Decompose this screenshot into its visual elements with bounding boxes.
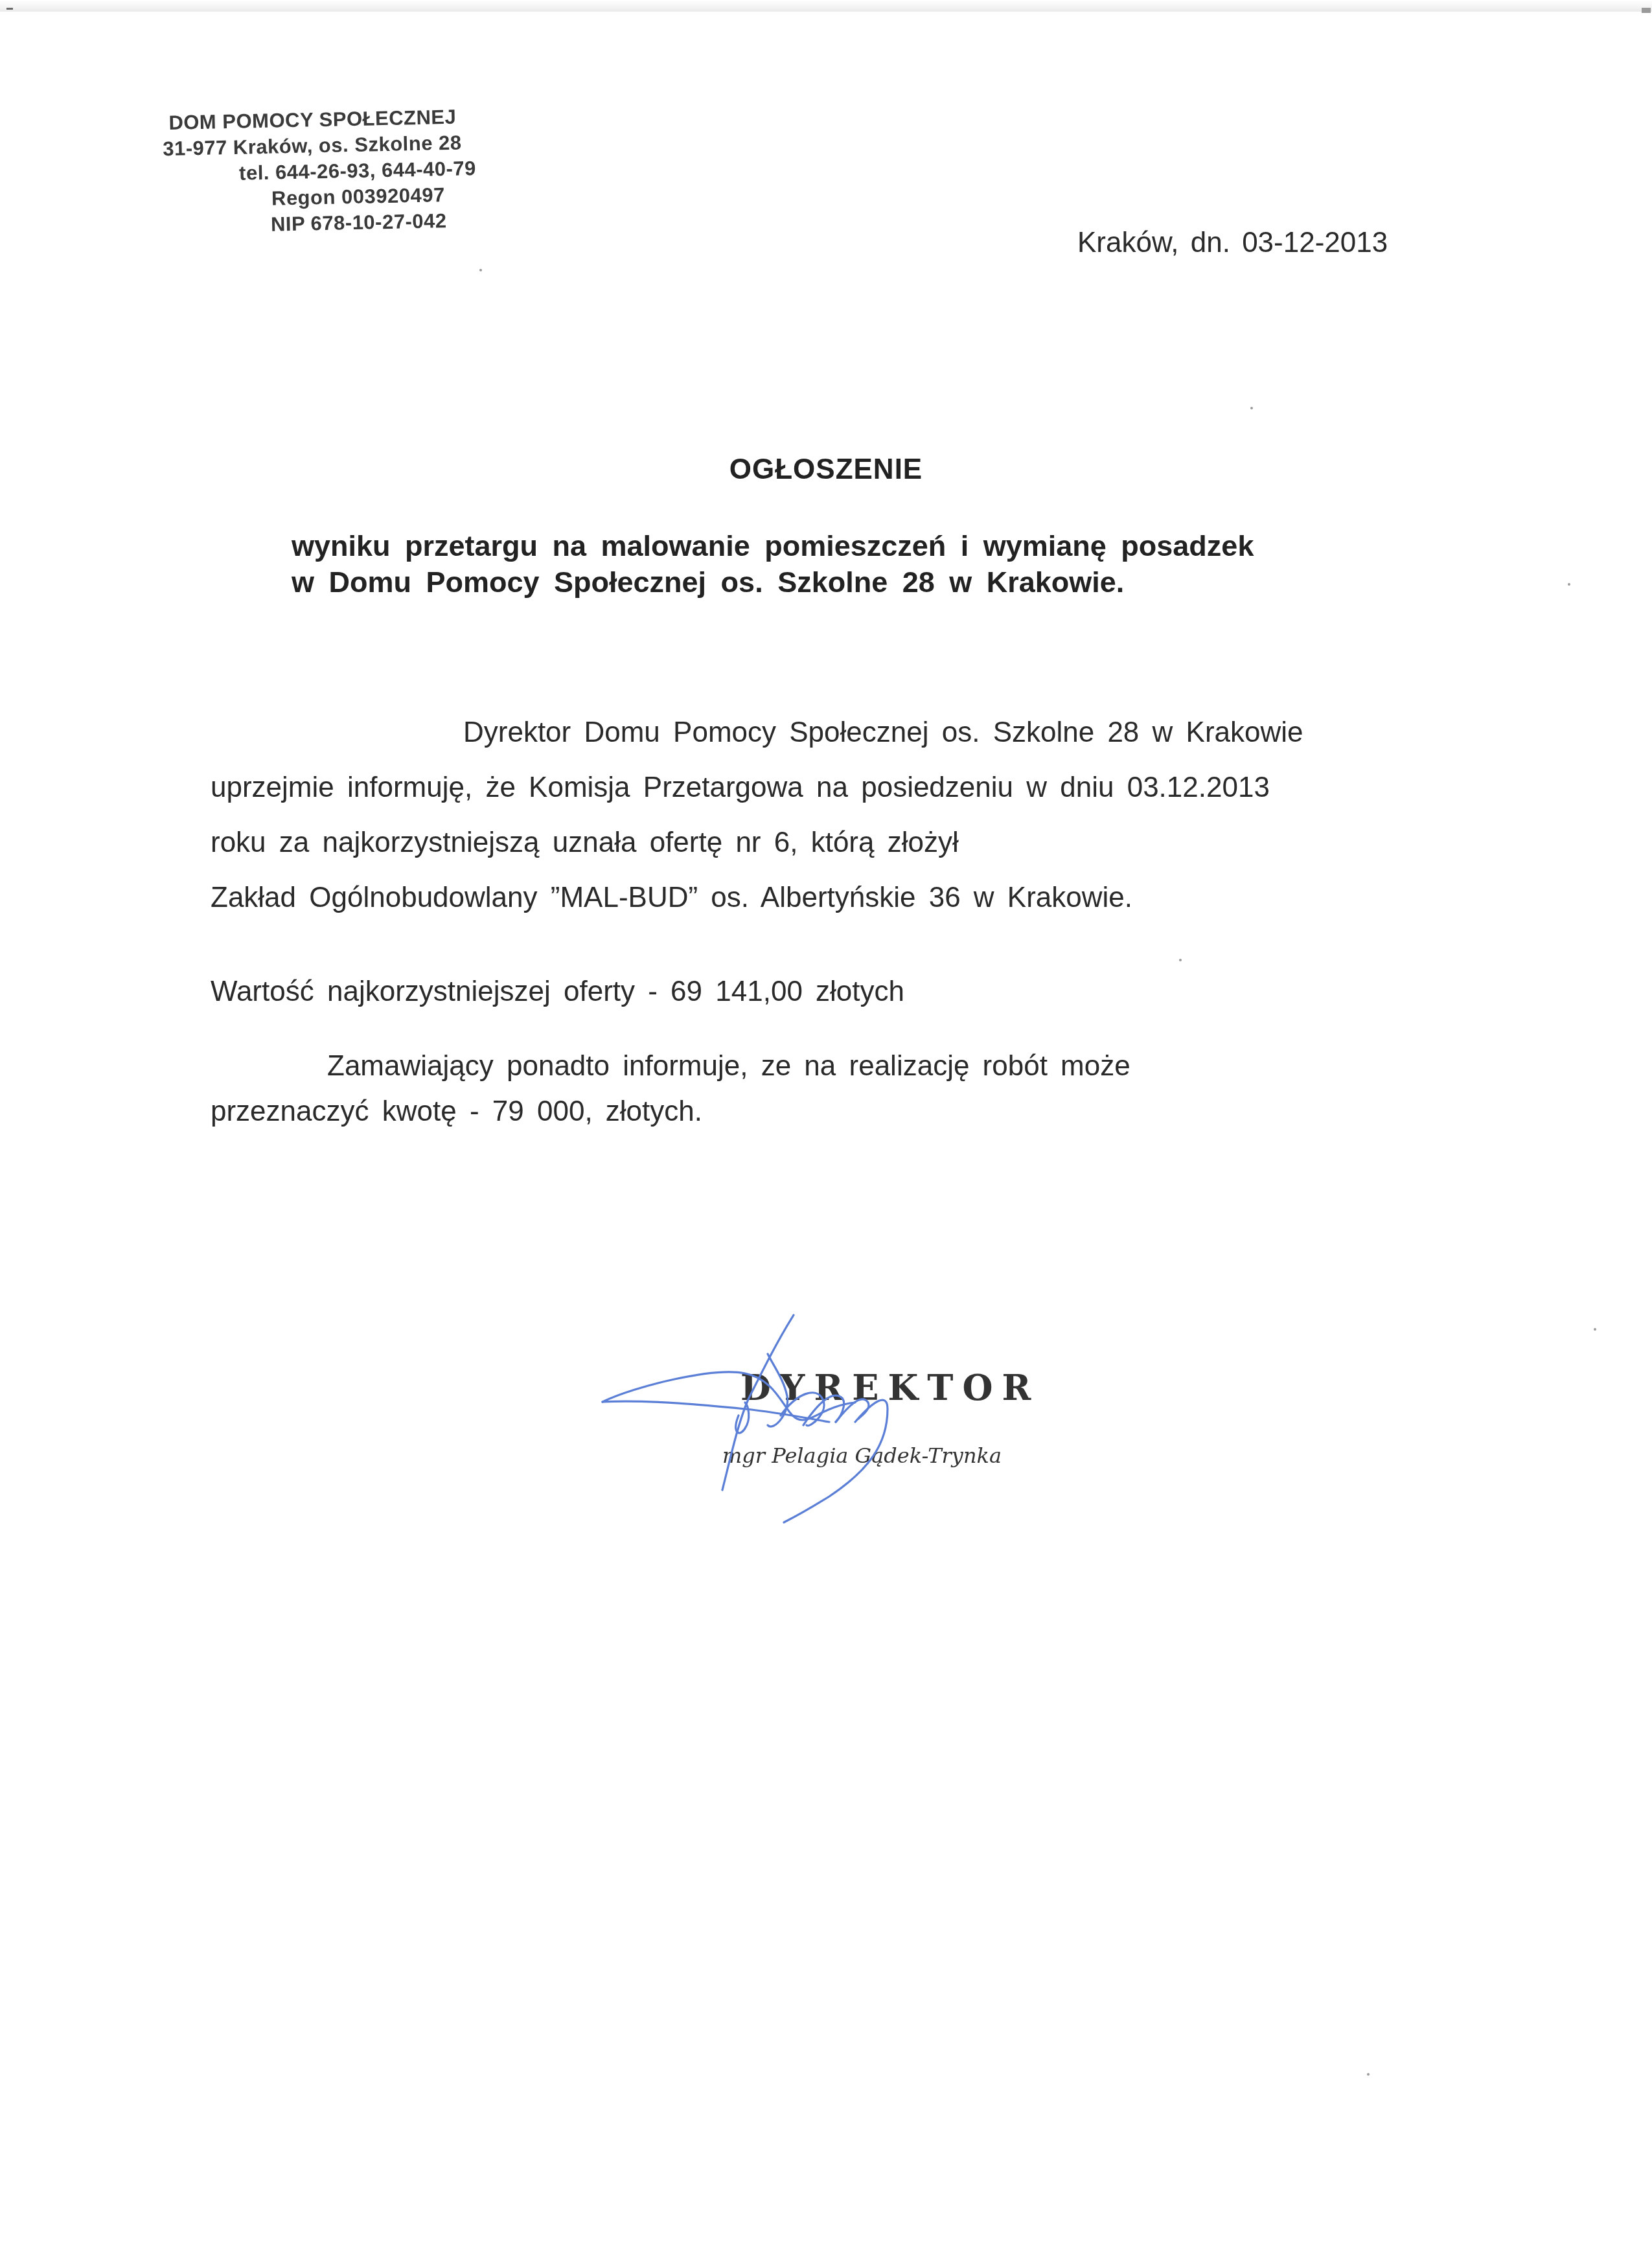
- scan-mark: [6, 8, 13, 10]
- body-paragraph-line: roku za najkorzystniejszą uznała ofertę …: [211, 826, 959, 860]
- scan-speck: [1594, 1328, 1596, 1331]
- handwritten-signature-icon: [583, 1283, 1069, 1555]
- scan-speck: [1179, 959, 1182, 961]
- document-subtitle: wyniku przetargu na malowanie pomieszcze…: [292, 528, 1254, 601]
- scan-speck: [1367, 2073, 1370, 2076]
- signature-block: DYREKTOR mgr Pelagia Gądek-Trynka: [583, 1283, 1069, 1555]
- scan-speck: [1250, 407, 1253, 409]
- budget-statement-line: przeznaczyć kwotę - 79 000, złotych.: [211, 1095, 702, 1128]
- scan-mark: [1642, 8, 1651, 13]
- scan-edge: [0, 0, 1652, 12]
- offer-value: Wartość najkorzystniejszej oferty - 69 1…: [211, 975, 904, 1009]
- body-paragraph-line: uprzejmie informuję, że Komisja Przetarg…: [211, 771, 1270, 805]
- place-and-date: Kraków, dn. 03-12-2013: [1077, 227, 1388, 259]
- body-paragraph-line: Dyrektor Domu Pomocy Społecznej os. Szko…: [463, 716, 1303, 750]
- scan-speck: [479, 269, 482, 271]
- institution-stamp: DOM POMOCY SPOŁECZNEJ 31-977 Kraków, os.…: [168, 102, 547, 240]
- document-title: OGŁOSZENIE: [0, 453, 1652, 486]
- budget-statement-line: Zamawiający ponadto informuje, ze na rea…: [327, 1049, 1130, 1083]
- subtitle-line: wyniku przetargu na malowanie pomieszcze…: [292, 528, 1254, 564]
- scan-speck: [1568, 583, 1570, 586]
- subtitle-line: w Domu Pomocy Społecznej os. Szkolne 28 …: [292, 564, 1254, 601]
- body-paragraph-line: Zakład Ogólnobudowlany ”MAL-BUD” os. Alb…: [211, 881, 1132, 915]
